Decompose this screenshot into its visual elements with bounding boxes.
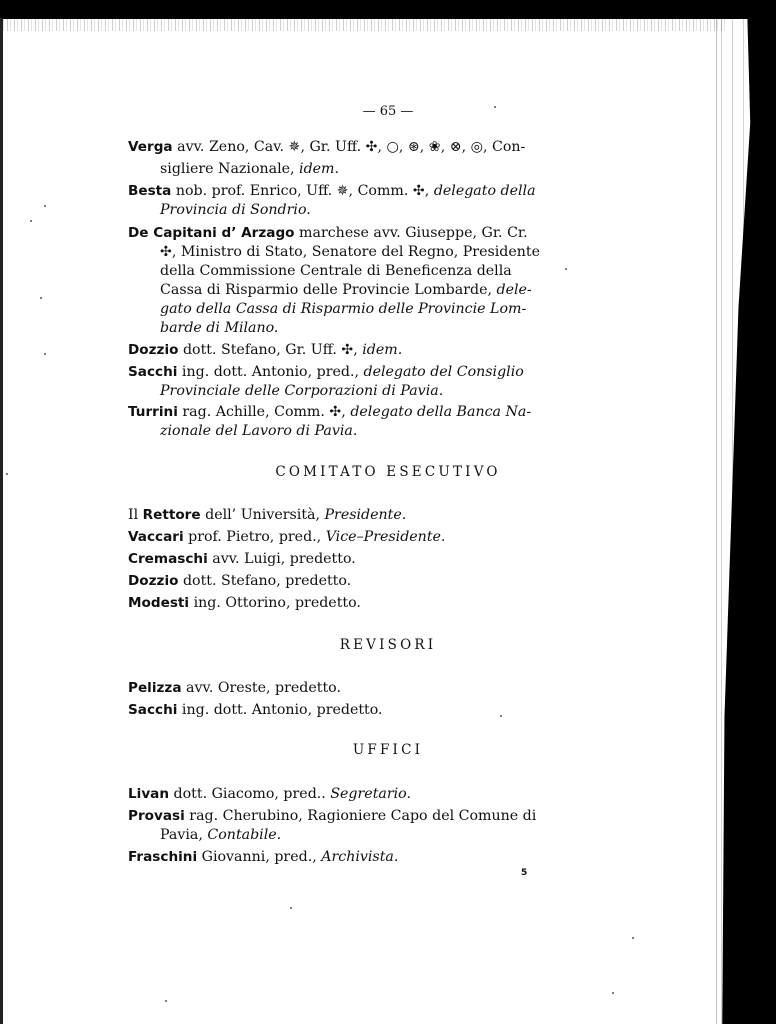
person-name: Verga	[128, 139, 173, 155]
person-name: Dozzio	[128, 342, 178, 358]
person-name: Besta	[128, 183, 171, 199]
entry-verga-line-1: Verga avv. Zeno, Cav. ✵, Gr. Uff. ✣, ○, …	[128, 137, 525, 157]
entry-fraschini: Fraschini Giovanni, pred., Archivista.	[128, 847, 398, 867]
section-heading-uffici: UFFICI	[0, 740, 776, 760]
scan-speck	[30, 220, 32, 222]
entry-dozzio-comitato: Dozzio dott. Stefano, predetto.	[128, 571, 351, 591]
scan-speck	[612, 992, 614, 994]
entry-decapitani-line-1: De Capitani d’ Arzago marchese avv. Gius…	[128, 223, 528, 243]
scan-speck	[40, 297, 42, 299]
person-name: Sacchi	[128, 702, 177, 718]
person-name: Provasi	[128, 808, 185, 824]
entry-decapitani-line-4: Cassa di Risparmio delle Provincie Lomba…	[160, 280, 532, 300]
section-heading-revisori: REVISORI	[0, 635, 776, 655]
entry-provasi-line-1: Provasi rag. Cherubino, Ragioniere Capo …	[128, 806, 536, 826]
entry-rettore: Il Rettore dell’ Università, Presidente.	[128, 505, 406, 525]
entry-livan: Livan dott. Giacomo, pred.. Segretario.	[128, 784, 411, 804]
entry-pelizza: Pelizza avv. Oreste, predetto.	[128, 678, 341, 698]
person-name: Cremaschi	[128, 551, 208, 567]
entry-turrini-line-1: Turrini rag. Achille, Comm. ✣, delegato …	[128, 402, 531, 422]
person-name: Fraschini	[128, 849, 197, 865]
scan-speck	[500, 715, 502, 717]
scan-speck	[565, 268, 567, 270]
person-name: Modesti	[128, 595, 189, 611]
entry-decapitani-line-5: gato della Cassa di Risparmio delle Prov…	[160, 299, 526, 319]
entry-provasi-line-2: Pavia, Contabile.	[160, 825, 281, 845]
section-heading-comitato: COMITATO ESECUTIVO	[0, 462, 776, 482]
entry-sacchi-line-1: Sacchi ing. dott. Antonio, pred., delega…	[128, 362, 524, 382]
entry-cremaschi: Cremaschi avv. Luigi, predetto.	[128, 549, 356, 569]
scan-speck	[494, 106, 496, 108]
entry-vaccari: Vaccari prof. Pietro, pred., Vice–Presid…	[128, 527, 445, 547]
entry-turrini-line-2: zionale del Lavoro di Pavia.	[160, 421, 357, 441]
scan-speck	[165, 1000, 167, 1002]
entry-decapitani-line-6: barde di Milano.	[160, 318, 278, 338]
document-page: — 65 — Verga avv. Zeno, Cav. ✵, Gr. Uff.…	[0, 0, 776, 1024]
person-name: Rettore	[143, 507, 201, 523]
scan-speck	[44, 205, 46, 207]
entry-modesti: Modesti ing. Ottorino, predetto.	[128, 593, 361, 613]
signature-mark: 5	[521, 868, 527, 878]
person-name: Livan	[128, 786, 169, 802]
scan-speck	[6, 473, 8, 475]
entry-verga-line-2: sigliere Nazionale, idem.	[160, 159, 339, 179]
person-name: Turrini	[128, 404, 178, 420]
scan-speck	[632, 937, 634, 939]
page-number: — 65 —	[0, 103, 776, 121]
person-name: Pelizza	[128, 680, 182, 696]
entry-decapitani-line-2: ✣, Ministro di Stato, Senatore del Regno…	[160, 242, 540, 262]
entry-sacchi-revisori: Sacchi ing. dott. Antonio, predetto.	[128, 700, 383, 720]
person-name: Vaccari	[128, 529, 184, 545]
scan-speck	[44, 353, 46, 355]
entry-dozzio-line-1: Dozzio dott. Stefano, Gr. Uff. ✣, idem.	[128, 340, 402, 360]
entry-besta-line-2: Provincia di Sondrio.	[160, 200, 311, 220]
entry-besta-line-1: Besta nob. prof. Enrico, Uff. ✵, Comm. ✣…	[128, 181, 536, 201]
scan-speck	[290, 907, 292, 909]
entry-decapitani-line-3: della Commissione Centrale di Beneficenz…	[160, 261, 512, 281]
person-name: De Capitani d’ Arzago	[128, 225, 295, 241]
person-name: Dozzio	[128, 573, 178, 589]
entry-sacchi-line-2: Provinciale delle Corporazioni di Pavia.	[160, 381, 443, 401]
person-name: Sacchi	[128, 364, 177, 380]
